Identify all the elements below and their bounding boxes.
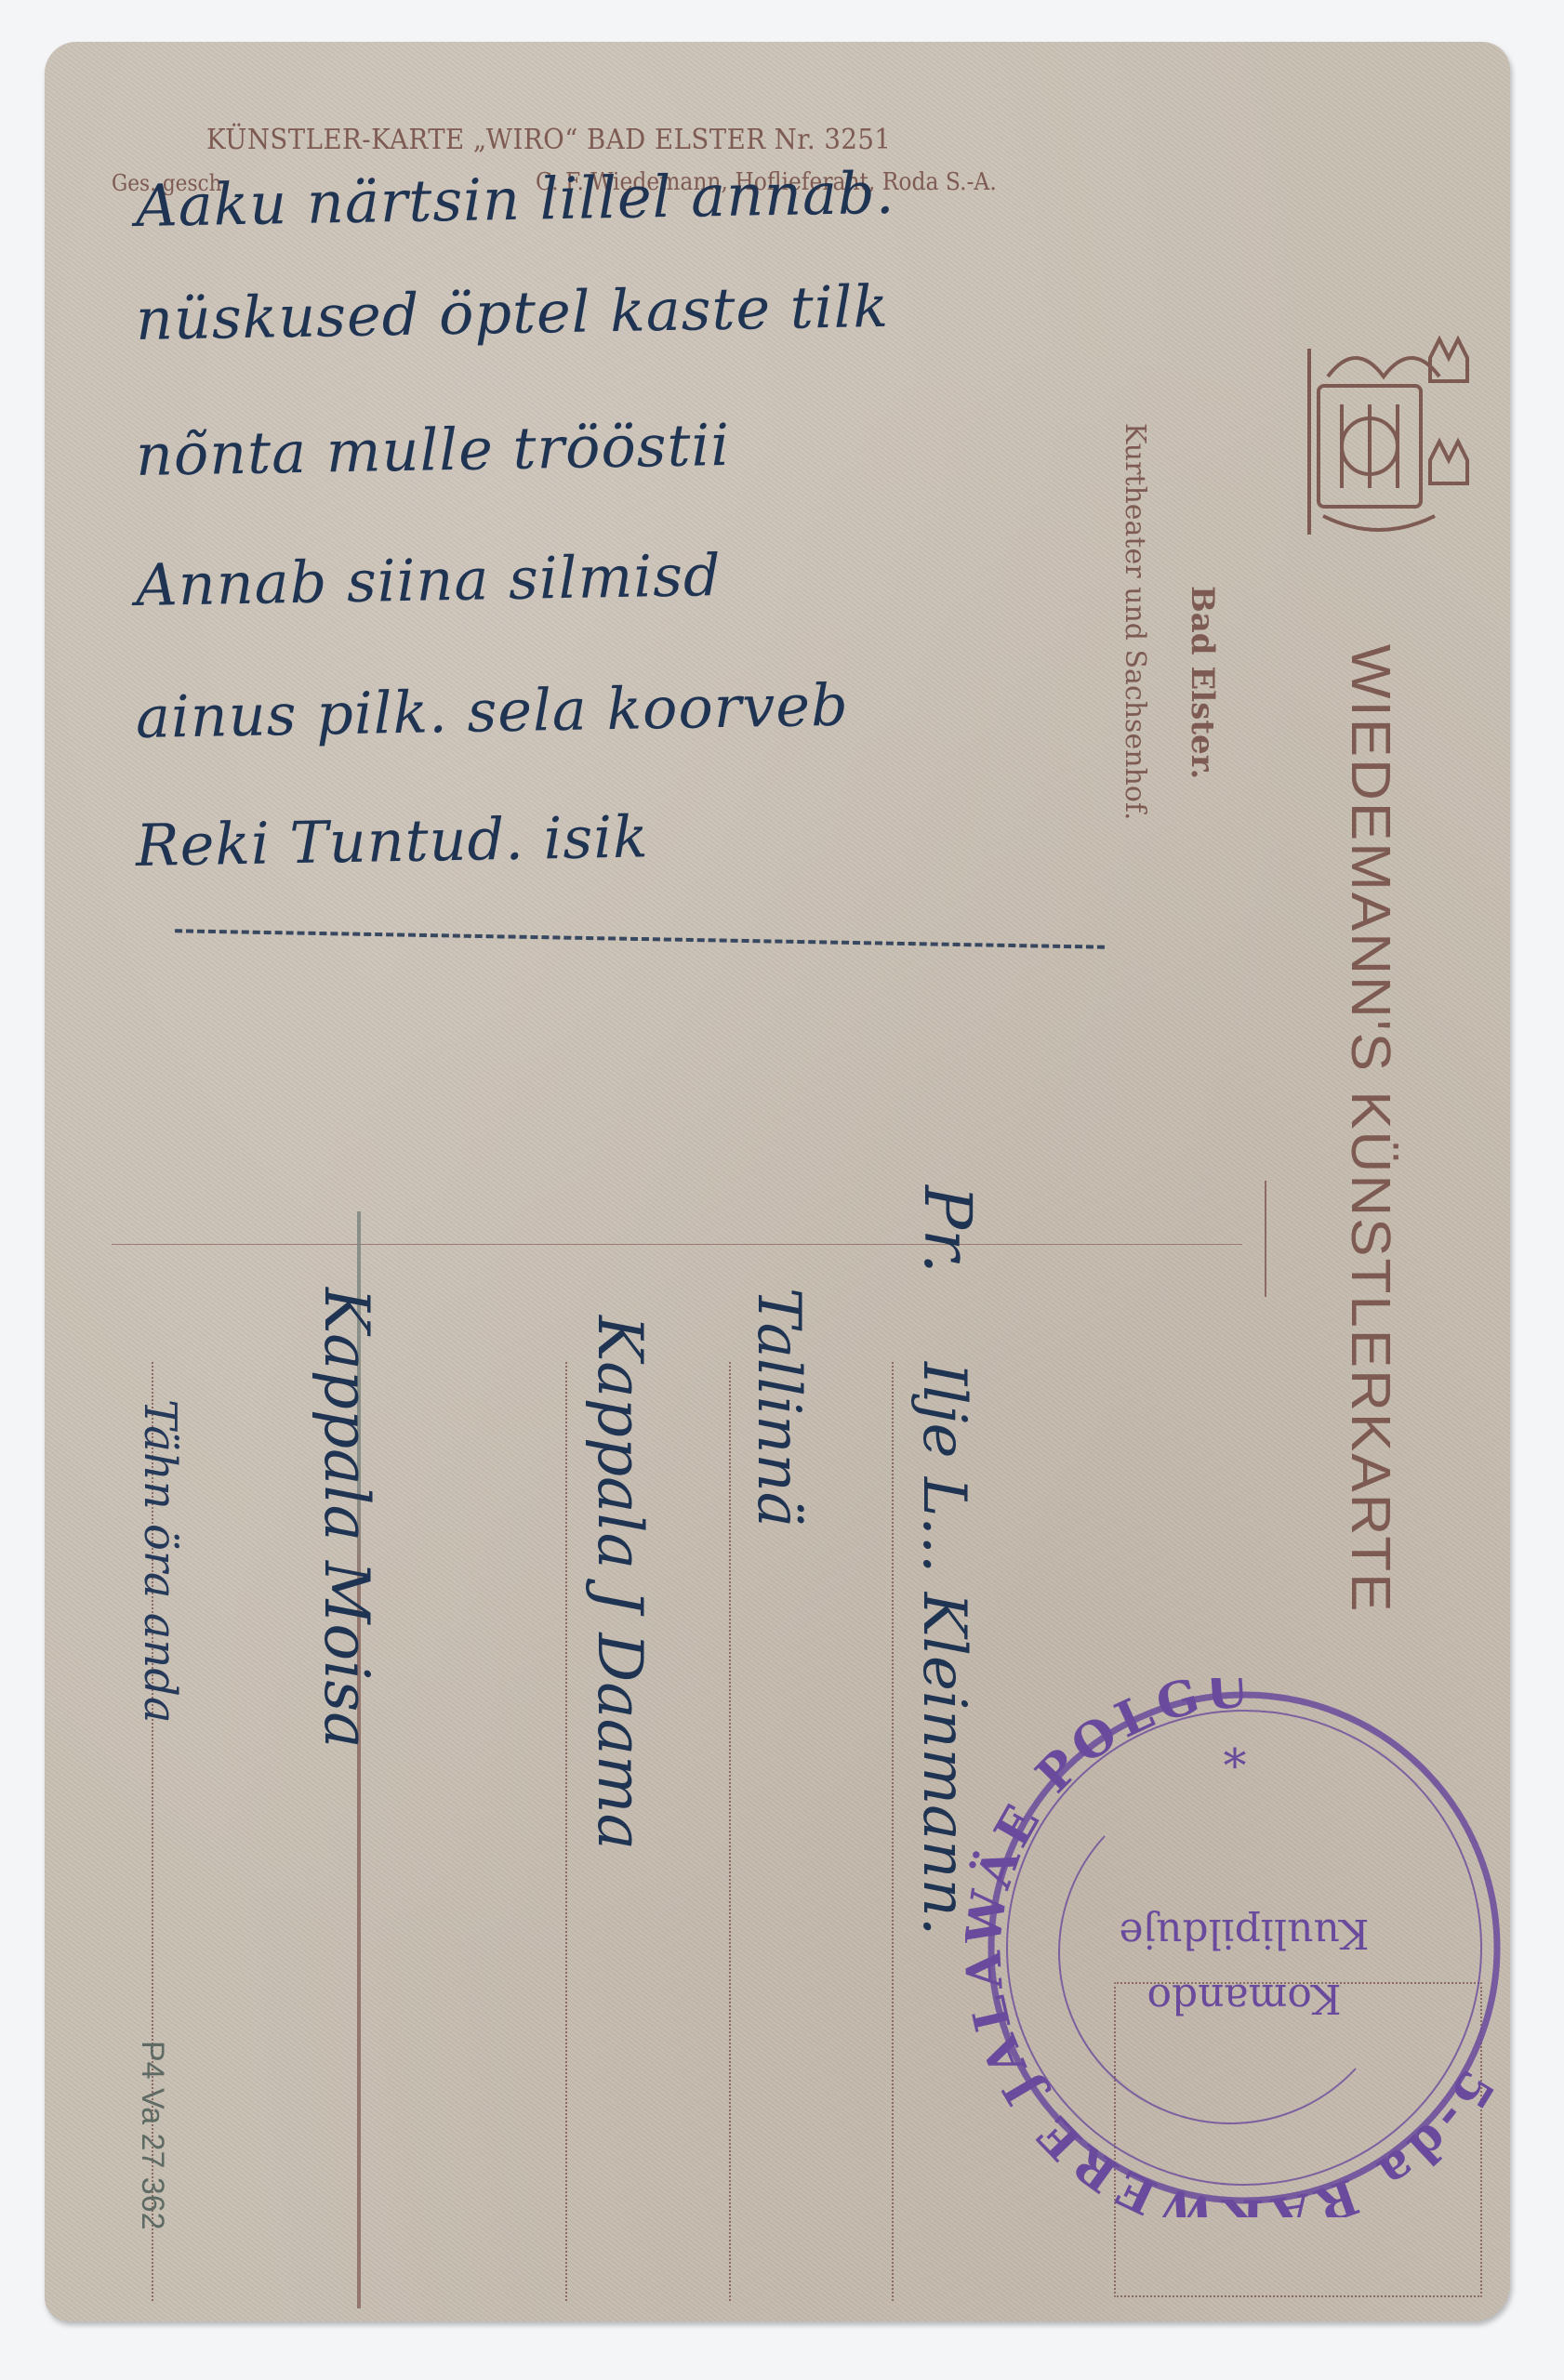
caption-bad-elster: Bad Elster. [1184, 586, 1221, 779]
sender-note: Tähn öra anda [134, 1399, 186, 1724]
address-line-dotted [892, 1362, 894, 2301]
postcard-back: KÜNSTLER-KARTE „WIRO“ BAD ELSTER Nr. 325… [45, 42, 1510, 2321]
address-line-3: Tallinnä [744, 1288, 813, 1527]
message-line-3: nõnta mulle trööstii [135, 411, 730, 489]
postmark-center-line-2: Komando [1146, 1975, 1341, 2022]
pencil-inventory-note: P4 Va 27 362 [134, 2041, 170, 2230]
divider-vertical-tick [1265, 1181, 1266, 1297]
postmark-stamp: Komando Kuulipilduje * 5-da RAKWERE JALA… [965, 1678, 1514, 2217]
message-line-1: Aaku närtsin lillel annab. [135, 159, 895, 240]
brand-wiedemann: WIEDEMANN'S KÜNSTLERKARTE [1339, 644, 1401, 1614]
caption-kurtheater: Kurtheater und Sachsenhof. [1119, 423, 1151, 821]
message-line-5: ainus pilk. sela koorveb [135, 671, 849, 751]
postmark-center-line-1: Kuulipilduje [1119, 1910, 1369, 1957]
postmark-star: * [1224, 1723, 1247, 1777]
address-line-dotted [565, 1362, 567, 2301]
address-line-5: Kappala Moisa [311, 1288, 382, 1749]
divider-horizontal [112, 1244, 1242, 1245]
address-line-dotted [729, 1362, 731, 2301]
header-title: KÜNSTLER-KARTE „WIRO“ BAD ELSTER Nr. 325… [206, 124, 891, 156]
message-line-6: Reki Tuntud. isik [135, 802, 649, 879]
address-line-4: Kappala J Daama [584, 1316, 656, 1850]
address-line-1: Pr. [909, 1185, 986, 1274]
message-line-4: Annab siina silmisd [135, 541, 722, 619]
message-underline [175, 929, 1105, 948]
coat-of-arms-icon [1291, 321, 1477, 553]
message-line-2: nüskused öptel kaste tilk [135, 272, 889, 353]
